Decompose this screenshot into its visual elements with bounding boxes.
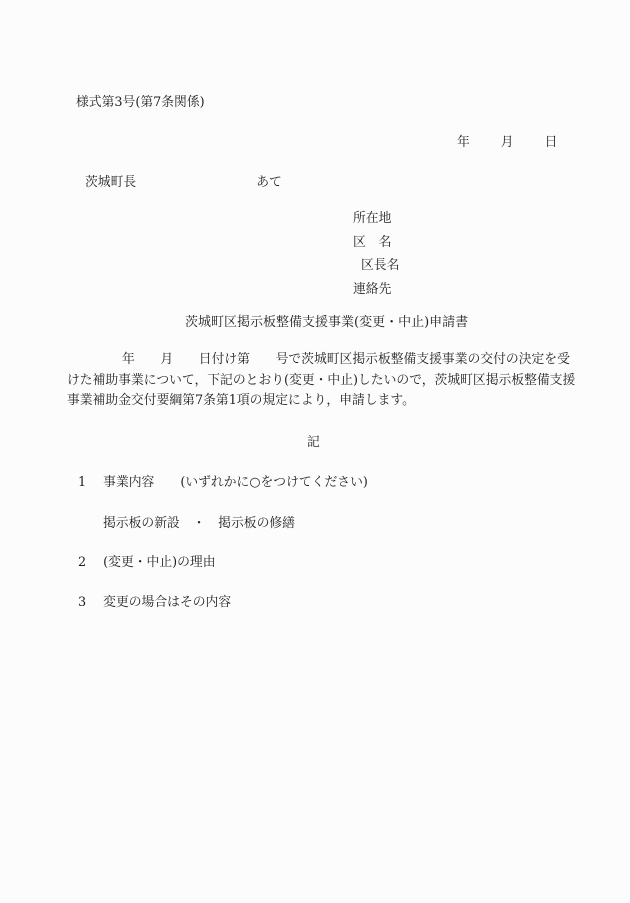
body-line-2: けた補助事業について，下記のとおり(変更・中止)したいので，茨城町区掲示板整備支… [67, 371, 577, 392]
record-marker: 記 [307, 436, 320, 451]
item-2-change-cancel-reason: 2(変更・中止)の理由 [68, 556, 216, 571]
addressee-line: 茨城町長あて [85, 176, 282, 191]
application-form-document: 様式第3号(第7条関係) 年月日 茨城町長あて 所在地 区 名 区長名 連絡先 … [0, 0, 630, 903]
item-2-number: 2 [68, 555, 86, 570]
item-1-note: (いずれかに○をつけてください) [180, 475, 368, 490]
date-year-label: 年 [457, 135, 470, 150]
sender-block: 所在地 区 名 区長名 連絡先 [353, 212, 399, 306]
body-line-1: 年 月 日付け第 号で茨城町区掲示板整備支援事業の交付の決定を受 [67, 350, 577, 371]
form-number: 様式第3号(第7条関係) [76, 96, 205, 111]
document-title: 茨城町区掲示板整備支援事業(変更・中止)申請書 [185, 316, 468, 331]
item-2-label: (変更・中止)の理由 [103, 555, 215, 570]
addressee-suffix: あて [256, 175, 282, 190]
item-1-business-content: 1事業内容(いずれかに○をつけてください) [68, 476, 368, 491]
item-3-number: 3 [68, 595, 86, 610]
body-paragraph: 年 月 日付け第 号で茨城町区掲示板整備支援事業の交付の決定を受 けた補助事業に… [67, 350, 577, 412]
date-line: 年月日 [457, 136, 557, 151]
sender-field-district-chief-name: 区長名 [353, 259, 399, 273]
body-line-3: 事業補助金交付要綱第7条第1項の規定により，申請します。 [67, 391, 577, 412]
item-1-number: 1 [68, 475, 86, 490]
date-month-label: 月 [501, 135, 514, 150]
date-day-label: 日 [545, 135, 558, 150]
item-1-options: 掲示板の新設 ・ 掲示板の修繕 [103, 517, 295, 532]
addressee-name: 茨城町長 [85, 175, 136, 190]
sender-field-location: 所在地 [353, 212, 399, 226]
item-3-label: 変更の場合はその内容 [103, 595, 231, 610]
sender-field-contact: 連絡先 [353, 283, 399, 297]
item-3-change-details: 3変更の場合はその内容 [68, 596, 231, 611]
sender-field-district-name: 区 名 [353, 236, 399, 250]
item-1-label: 事業内容 [103, 475, 154, 490]
